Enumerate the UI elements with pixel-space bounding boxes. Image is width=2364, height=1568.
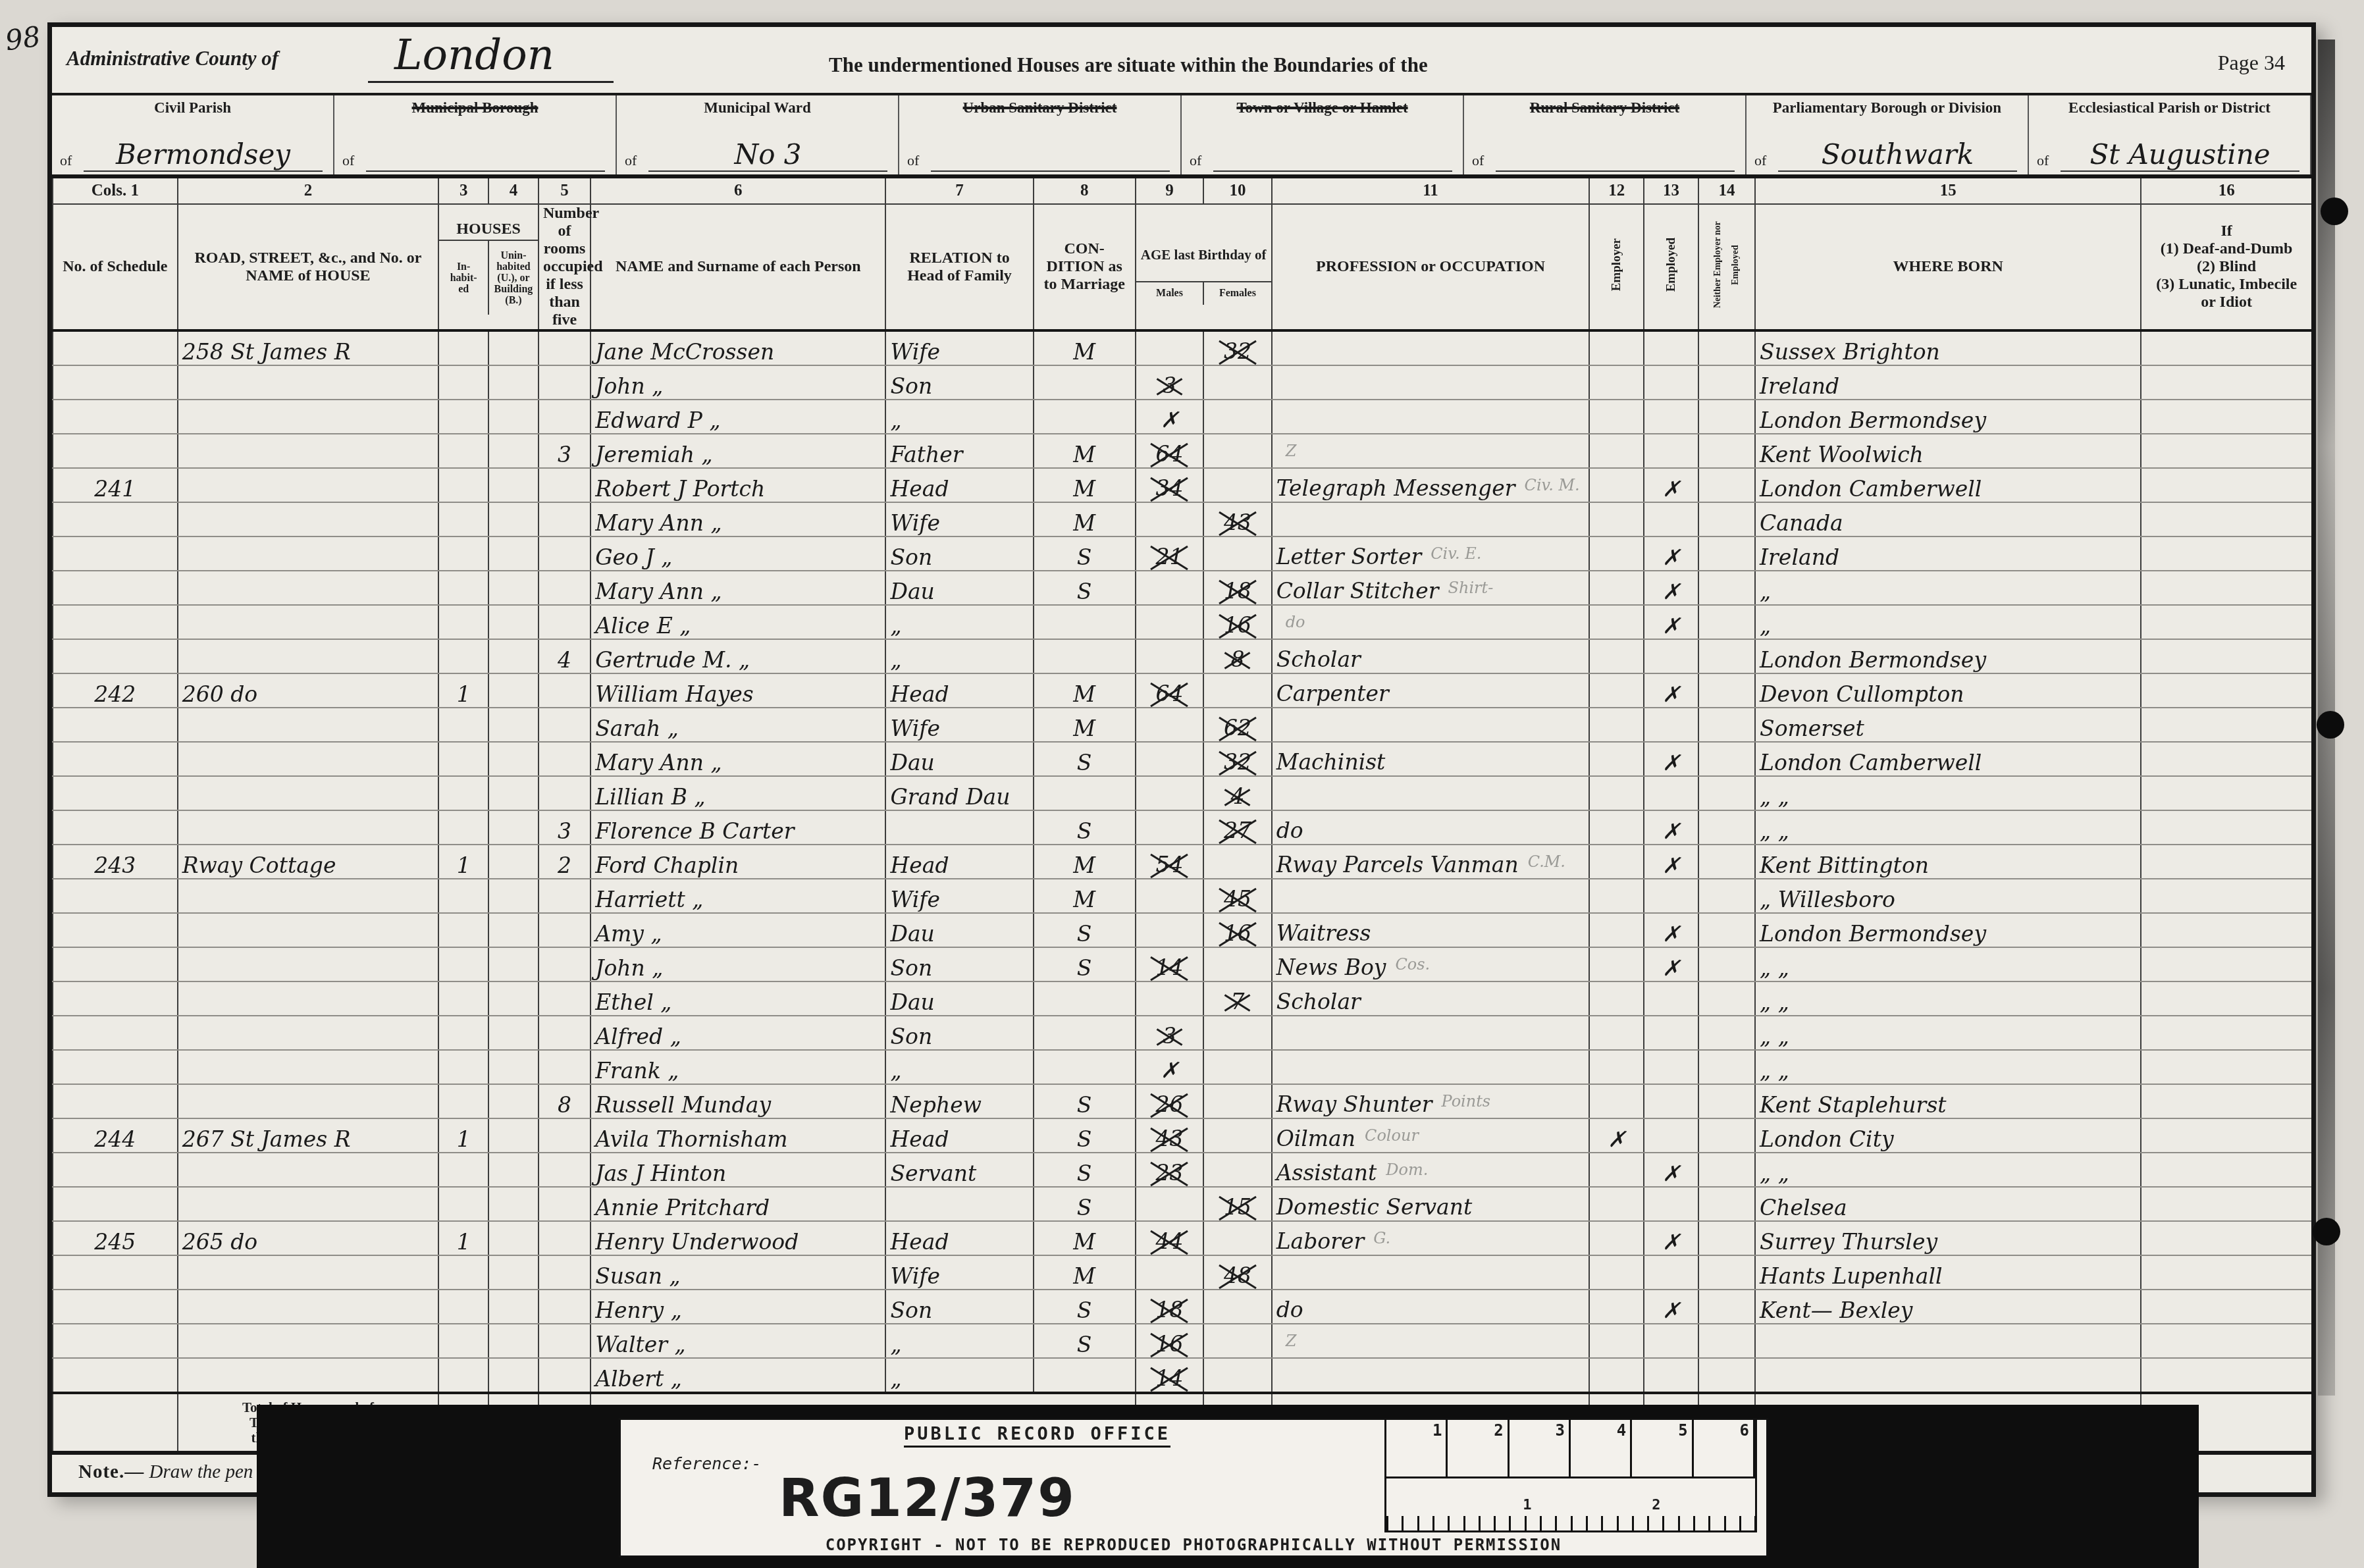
district-label: Parliamentary Borough or Division (1747, 99, 2028, 117)
cell-relation: Servant (885, 1153, 1033, 1187)
table-row: 258 St James R Jane McCrossen Wife M 32 (53, 330, 2311, 365)
cell-road (178, 1255, 439, 1290)
cell-uninhabited (488, 1255, 538, 1290)
cell-employer (1589, 742, 1644, 776)
colnum: 3 (438, 178, 488, 204)
occupation-annotation: Civ. E. (1431, 544, 1481, 563)
cell-neither (1698, 1221, 1755, 1255)
cell-employer (1589, 708, 1644, 742)
pro-band: PUBLIC RECORD OFFICE Reference:- RG12/37… (257, 1405, 2199, 1568)
cell-employer (1589, 776, 1644, 810)
cell-age-male (1136, 776, 1203, 810)
cell-condition: S (1034, 571, 1136, 605)
cell-age-female (1203, 1050, 1271, 1084)
cell-employed: ✗ (1644, 742, 1698, 776)
cell-rooms (538, 913, 591, 947)
cell-relation: Dau (885, 742, 1033, 776)
cell-name: Sarah „ (591, 708, 885, 742)
column-numbers-row: Cols. 1 2 3 4 5 6 7 8 9 10 11 12 13 14 1… (53, 178, 2311, 204)
cell-schedule (53, 1324, 178, 1358)
cell-age-female (1203, 1153, 1271, 1187)
cell-employer (1589, 1358, 1644, 1393)
occupation-annotation: Colour (1365, 1126, 1419, 1145)
cell-where-born: Somerset (1755, 708, 2141, 742)
cell-where-born: London Bermondsey (1755, 400, 2141, 434)
cell-relation: Nephew (885, 1084, 1033, 1118)
cell-age-male: 54 (1136, 845, 1203, 879)
cell-relation: Head (885, 673, 1033, 708)
cell-uninhabited (488, 536, 538, 571)
cell-infirmity (2141, 536, 2311, 571)
footer-note-prefix: Note.— (78, 1461, 144, 1482)
cell-occupation: News BoyCos. (1272, 947, 1590, 981)
cell-uninhabited (488, 571, 538, 605)
cell-infirmity (2141, 434, 2311, 468)
cell-age-male: 16 (1136, 1324, 1203, 1358)
cell-road (178, 1084, 439, 1118)
cell-condition (1034, 981, 1136, 1016)
occupation-annotation: Cos. (1395, 955, 1430, 974)
cell-name: Albert „ (591, 1358, 885, 1393)
cell-infirmity (2141, 673, 2311, 708)
cell-condition: S (1034, 810, 1136, 845)
district-value: Southwark (1778, 138, 2017, 172)
table-row: 3 Jeremiah „ Father M 64 Z Kent Woolwich (53, 434, 2311, 468)
cell-condition (1034, 1016, 1136, 1050)
cell-infirmity (2141, 468, 2311, 502)
cell-occupation: Telegraph MessengerCiv. M. (1272, 468, 1590, 502)
cell-name: Gertrude M. „ (591, 639, 885, 673)
cell-employed (1644, 1084, 1698, 1118)
cell-infirmity (2141, 1118, 2311, 1153)
cell-employer (1589, 1255, 1644, 1290)
table-row: 242 260 do 1 William Hayes Head M 64 Car… (53, 673, 2311, 708)
district-of: of (60, 152, 72, 169)
cell-name: Mary Ann „ (591, 742, 885, 776)
table-row: Susan „ Wife M 48 Hants Lupenhall (53, 1255, 2311, 1290)
cell-relation (885, 1187, 1033, 1221)
cell-neither (1698, 400, 1755, 434)
cell-rooms (538, 776, 591, 810)
table-row: Lillian B „ Grand Dau 4 „ „ (53, 776, 2311, 810)
cell-employed (1644, 1050, 1698, 1084)
cell-inhabited (438, 536, 488, 571)
cell-employer (1589, 810, 1644, 845)
cell-infirmity (2141, 742, 2311, 776)
cell-occupation: Collar StitcherShirt- (1272, 571, 1590, 605)
table-row: Frank „ „ ✗ „ „ (53, 1050, 2311, 1084)
cell-name: Susan „ (591, 1255, 885, 1290)
cell-occupation (1272, 330, 1590, 365)
header-rooms: Number of rooms occupied if less than fi… (538, 204, 591, 330)
cell-uninhabited (488, 1187, 538, 1221)
cell-employed (1644, 639, 1698, 673)
county-band: Administrative County of London The unde… (52, 27, 2311, 95)
cell-road (178, 1050, 439, 1084)
header-age: AGE last Birthday of (1136, 230, 1271, 282)
header-road: ROAD, STREET, &c., and No. or NAME of HO… (178, 204, 439, 330)
cell-rooms: 3 (538, 434, 591, 468)
colnum: 14 (1698, 178, 1755, 204)
cell-occupation: do (1272, 605, 1590, 639)
cell-rooms (538, 1016, 591, 1050)
cell-inhabited (438, 365, 488, 400)
cell-infirmity (2141, 947, 2311, 981)
cell-rooms (538, 673, 591, 708)
cell-condition: S (1034, 1153, 1136, 1187)
cell-relation: „ (885, 1358, 1033, 1393)
occupation-annotation: Points (1441, 1092, 1490, 1111)
cell-condition: S (1034, 1084, 1136, 1118)
punch-hole (2321, 197, 2348, 225)
cell-infirmity (2141, 913, 2311, 947)
cell-infirmity (2141, 879, 2311, 913)
cell-age-female: 15 (1203, 1187, 1271, 1221)
district-label: Town or Village or Hamlet (1182, 99, 1463, 117)
cell-employed: ✗ (1644, 571, 1698, 605)
header-uninhabited: Unin- habited (U.), or Building (B.) (489, 241, 538, 315)
cell-where-born: „ Willesboro (1755, 879, 2141, 913)
cell-occupation (1272, 1016, 1590, 1050)
cell-occupation (1272, 400, 1590, 434)
cell-where-born: Chelsea (1755, 1187, 2141, 1221)
cell-name: Alice E „ (591, 605, 885, 639)
cell-name: Annie Pritchard (591, 1187, 885, 1221)
cell-age-male: 14 (1136, 947, 1203, 981)
cell-condition: S (1034, 1187, 1136, 1221)
cell-employer (1589, 502, 1644, 536)
cell-employer (1589, 947, 1644, 981)
occupation-annotation: Z (1286, 1332, 1297, 1350)
cell-name: John „ (591, 947, 885, 981)
cell-occupation (1272, 879, 1590, 913)
cell-occupation: Machinist (1272, 742, 1590, 776)
table-row: Sarah „ Wife M 62 Somerset (53, 708, 2311, 742)
ruler-cell: 2 (1448, 1420, 1509, 1477)
district-label: Ecclesiastical Parish or District (2029, 99, 2310, 117)
cell-employed: ✗ (1644, 673, 1698, 708)
cell-age-female (1203, 947, 1271, 981)
cell-name: William Hayes (591, 673, 885, 708)
cell-uninhabited (488, 1050, 538, 1084)
cell-uninhabited (488, 879, 538, 913)
table-row: 244 267 St James R 1 Avila Thornisham He… (53, 1118, 2311, 1153)
cell-schedule (53, 605, 178, 639)
cell-uninhabited (488, 1118, 538, 1153)
district-value (1213, 170, 1452, 172)
cell-rooms (538, 981, 591, 1016)
cell-rooms (538, 1153, 591, 1187)
cell-where-born: Ireland (1755, 536, 2141, 571)
cell-employer (1589, 365, 1644, 400)
cell-where-born: „ (1755, 571, 2141, 605)
cell-age-female (1203, 1324, 1271, 1358)
cell-rooms (538, 1221, 591, 1255)
table-row: Jas J Hinton Servant S 23 AssistantDom. … (53, 1153, 2311, 1187)
cell-rooms (538, 1187, 591, 1221)
cell-rooms (538, 1358, 591, 1393)
cell-name: Alfred „ (591, 1016, 885, 1050)
ruler-cell: 5 (1632, 1420, 1693, 1477)
occupation-annotation: Dom. (1386, 1161, 1428, 1179)
cell-rooms (538, 742, 591, 776)
cell-neither (1698, 947, 1755, 981)
cell-uninhabited (488, 1084, 538, 1118)
cell-condition: S (1034, 536, 1136, 571)
cell-inhabited (438, 400, 488, 434)
cell-name: Jeremiah „ (591, 434, 885, 468)
cell-condition (1034, 1050, 1136, 1084)
cell-road (178, 365, 439, 400)
cell-neither (1698, 708, 1755, 742)
cell-road (178, 879, 439, 913)
cell-age-female (1203, 1118, 1271, 1153)
cell-uninhabited (488, 1290, 538, 1324)
cell-employer (1589, 1153, 1644, 1187)
cell-where-born: „ „ (1755, 1016, 2141, 1050)
cell-condition: M (1034, 673, 1136, 708)
cell-schedule (53, 502, 178, 536)
cell-rooms (538, 1255, 591, 1290)
cell-age-female (1203, 365, 1271, 400)
admin-county-label: Administrative County of (66, 47, 278, 70)
cell-occupation (1272, 502, 1590, 536)
cell-rooms (538, 605, 591, 639)
cell-schedule (53, 742, 178, 776)
cell-employed (1644, 434, 1698, 468)
cell-occupation: OilmanColour (1272, 1118, 1590, 1153)
district-value: St Augustine (2061, 138, 2299, 172)
cell-age-female (1203, 845, 1271, 879)
colnum: 9 (1136, 178, 1203, 204)
cell-infirmity (2141, 708, 2311, 742)
cell-rooms (538, 1290, 591, 1324)
cell-schedule (53, 810, 178, 845)
table-row: Geo J „ Son S 21 Letter SorterCiv. E. ✗ … (53, 536, 2311, 571)
district-of: of (625, 152, 637, 169)
cell-road (178, 708, 439, 742)
cell-infirmity (2141, 1255, 2311, 1290)
cell-uninhabited (488, 605, 538, 639)
cell-infirmity (2141, 1153, 2311, 1187)
cell-condition: S (1034, 1118, 1136, 1153)
cell-neither (1698, 571, 1755, 605)
cell-occupation: Z (1272, 1324, 1590, 1358)
cell-rooms: 3 (538, 810, 591, 845)
header-inhabited: In- habit- ed (439, 241, 489, 315)
cell-neither (1698, 502, 1755, 536)
cell-inhabited (438, 1153, 488, 1187)
cell-relation: Wife (885, 879, 1033, 913)
cell-age-male: 64 (1136, 434, 1203, 468)
cell-road (178, 1324, 439, 1358)
district-label: Rural Sanitary District (1464, 99, 1745, 117)
cell-where-born: Kent Woolwich (1755, 434, 2141, 468)
cell-employer (1589, 913, 1644, 947)
cell-inhabited (438, 776, 488, 810)
cell-employer (1589, 1050, 1644, 1084)
cell-neither (1698, 1324, 1755, 1358)
census-rows: 258 St James R Jane McCrossen Wife M 32 (53, 330, 2311, 1393)
cell-uninhabited (488, 1153, 538, 1187)
cell-employed (1644, 365, 1698, 400)
cell-age-male (1136, 913, 1203, 947)
cell-name: John „ (591, 365, 885, 400)
cell-age-male: 3 (1136, 1016, 1203, 1050)
cell-condition (1034, 605, 1136, 639)
cell-inhabited: 1 (438, 673, 488, 708)
header-age-group: AGE last Birthday of Males Females (1136, 204, 1272, 330)
cell-condition (1034, 365, 1136, 400)
cell-name: Amy „ (591, 913, 885, 947)
ruler-lower-number: 2 (1652, 1497, 1660, 1513)
cell-condition: M (1034, 708, 1136, 742)
colnum: 2 (178, 178, 439, 204)
cell-inhabited (438, 1324, 488, 1358)
cell-uninhabited (488, 639, 538, 673)
cell-schedule (53, 1050, 178, 1084)
cell-employer (1589, 673, 1644, 708)
cell-road (178, 1187, 439, 1221)
cell-condition: S (1034, 1290, 1136, 1324)
cell-age-male (1136, 981, 1203, 1016)
cell-rooms (538, 947, 591, 981)
cell-infirmity (2141, 845, 2311, 879)
cell-occupation: LaborerG. (1272, 1221, 1590, 1255)
cell-inhabited (438, 1187, 488, 1221)
cell-inhabited (438, 1290, 488, 1324)
cell-age-female: 18 (1203, 571, 1271, 605)
cell-neither (1698, 1255, 1755, 1290)
cell-employer (1589, 434, 1644, 468)
cell-inhabited (438, 571, 488, 605)
pro-stamp: PUBLIC RECORD OFFICE Reference:- RG12/37… (619, 1418, 1768, 1557)
cell-infirmity (2141, 1016, 2311, 1050)
district-of: of (907, 152, 919, 169)
cell-age-male (1136, 1255, 1203, 1290)
cell-rooms (538, 1050, 591, 1084)
cell-employed (1644, 708, 1698, 742)
cell-infirmity (2141, 1324, 2311, 1358)
cell-schedule (53, 536, 178, 571)
cell-relation: „ (885, 1050, 1033, 1084)
colnum: 10 (1203, 178, 1271, 204)
cell-where-born: „ „ (1755, 1153, 2141, 1187)
cell-employer (1589, 330, 1644, 365)
cell-neither (1698, 468, 1755, 502)
cell-age-male: 34 (1136, 468, 1203, 502)
colnum: 6 (591, 178, 885, 204)
cell-neither (1698, 639, 1755, 673)
district-cell: Municipal Ward of No 3 (617, 95, 899, 174)
cell-where-born: „ „ (1755, 947, 2141, 981)
cell-schedule (53, 1255, 178, 1290)
page-number: Page 34 (2218, 51, 2285, 75)
cell-employed (1644, 981, 1698, 1016)
cell-name: Frank „ (591, 1050, 885, 1084)
cell-where-born: „ „ (1755, 776, 2141, 810)
cell-road (178, 981, 439, 1016)
cell-name: Walter „ (591, 1324, 885, 1358)
cell-occupation: Letter SorterCiv. E. (1272, 536, 1590, 571)
cell-name: Florence B Carter (591, 810, 885, 845)
cell-road: 265 do (178, 1221, 439, 1255)
cell-age-female (1203, 1221, 1271, 1255)
header-name: NAME and Surname of each Person (591, 204, 885, 330)
cell-occupation (1272, 365, 1590, 400)
header-neither: Neither Employer nor Employed (1698, 204, 1755, 330)
cell-age-male (1136, 810, 1203, 845)
cell-occupation: Scholar (1272, 981, 1590, 1016)
cell-neither (1698, 1358, 1755, 1393)
cell-uninhabited (488, 947, 538, 981)
cell-age-male: 44 (1136, 1221, 1203, 1255)
cell-age-male (1136, 330, 1203, 365)
cell-relation: Head (885, 1221, 1033, 1255)
cell-age-female: 16 (1203, 913, 1271, 947)
district-value (366, 170, 605, 172)
occupation-annotation: Civ. M. (1525, 476, 1580, 494)
cell-infirmity (2141, 1084, 2311, 1118)
cell-employed (1644, 1324, 1698, 1358)
ruler-cell: 4 (1571, 1420, 1632, 1477)
cell-uninhabited (488, 673, 538, 708)
cell-age-female (1203, 468, 1271, 502)
cell-employed: ✗ (1644, 468, 1698, 502)
cell-where-born: Sussex Brighton (1755, 330, 2141, 365)
cell-where-born: Surrey Thursley (1755, 1221, 2141, 1255)
cell-where-born: Ireland (1755, 365, 2141, 400)
cell-employed (1644, 1358, 1698, 1393)
district-cell: Municipal Borough of (334, 95, 617, 174)
cell-employer (1589, 1324, 1644, 1358)
cell-condition: M (1034, 1221, 1136, 1255)
cell-neither (1698, 1016, 1755, 1050)
cell-neither (1698, 1118, 1755, 1153)
cell-inhabited (438, 947, 488, 981)
reference-value: RG12/379 (779, 1467, 1076, 1529)
cell-condition (1034, 1358, 1136, 1393)
cell-uninhabited (488, 742, 538, 776)
cell-inhabited (438, 1255, 488, 1290)
cell-name: Ethel „ (591, 981, 885, 1016)
cell-relation: Head (885, 1118, 1033, 1153)
header-age-females: Females (1204, 282, 1271, 305)
cell-schedule (53, 1084, 178, 1118)
cell-road: 258 St James R (178, 330, 439, 365)
cell-where-born: Hants Lupenhall (1755, 1255, 2141, 1290)
cell-age-male: 23 (1136, 1153, 1203, 1187)
cell-road: 260 do (178, 673, 439, 708)
cell-schedule: 243 (53, 845, 178, 879)
cell-age-male (1136, 742, 1203, 776)
cell-where-born: Kent Staplehurst (1755, 1084, 2141, 1118)
cell-relation: Son (885, 947, 1033, 981)
cell-neither (1698, 330, 1755, 365)
cell-where-born: Canada (1755, 502, 2141, 536)
cell-employed: ✗ (1644, 1221, 1698, 1255)
cell-occupation (1272, 1255, 1590, 1290)
colnum: 15 (1755, 178, 2141, 204)
cell-schedule (53, 571, 178, 605)
cell-inhabited (438, 502, 488, 536)
cell-employer (1589, 1016, 1644, 1050)
colnum: Cols. 1 (53, 178, 178, 204)
cell-rooms (538, 1324, 591, 1358)
cell-schedule (53, 400, 178, 434)
cell-name: Mary Ann „ (591, 502, 885, 536)
cell-age-female (1203, 434, 1271, 468)
